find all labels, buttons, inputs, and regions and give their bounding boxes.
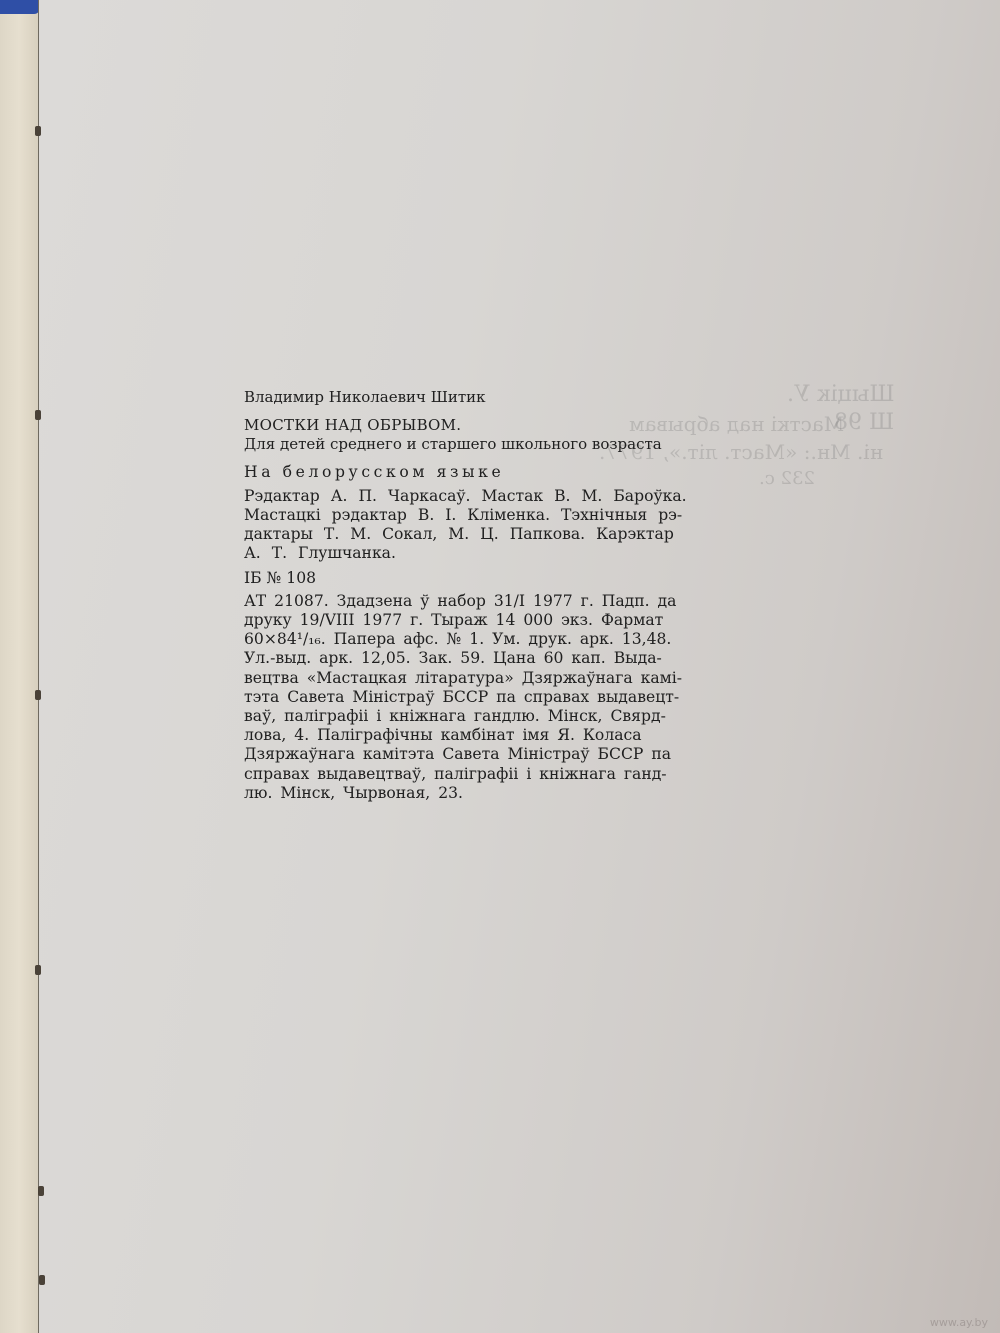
credits-line: А. Т. Глушчанка. [244,544,796,563]
technical-line: лю. Мінск, Чырвоная, 23. [244,784,796,803]
binding-stitch [35,126,41,136]
binding-stitch [35,410,41,420]
technical-line: 60×84¹/₁₆. Папера афс. № 1. Ум. друк. ар… [244,630,796,649]
language-note: На белорусском языке [244,463,796,482]
binding-stitch [38,1186,44,1196]
watermark: www.ay.by [930,1316,988,1329]
book-subtitle: Для детей среднего и старшего школьного … [244,435,796,454]
binding-stitch [39,1275,45,1285]
credits-line: Мастацкі рэдактар В. І. Кліменка. Тэхніч… [244,506,796,525]
technical-details: АТ 21087. Здадзена ў набор 31/І 1977 г. … [244,592,796,803]
author-name: Владимир Николаевич Шитик [244,388,796,407]
binding-stitch [35,965,41,975]
credits-line: дактары Т. М. Сокал, М. Ц. Папкова. Карэ… [244,525,796,544]
imprint-block: Владимир Николаевич Шитик МОСТКИ НАД ОБР… [244,388,796,803]
technical-line: лова, 4. Паліграфічны камбінат імя Я. Ко… [244,726,796,745]
binding-stitch [35,690,41,700]
technical-line: АТ 21087. Здадзена ў набор 31/І 1977 г. … [244,592,796,611]
credits: Рэдактар А. П. Чаркасаў. Мастак В. М. Ба… [244,487,796,564]
credits-line: Рэдактар А. П. Чаркасаў. Мастак В. М. Ба… [244,487,796,506]
technical-line: друку 19/VIII 1977 г. Тыраж 14 000 экз. … [244,611,796,630]
ib-number: ІБ № 108 [244,569,796,588]
book-cover-corner [0,0,40,14]
showthrough-text: Шыцік У. [787,382,894,407]
technical-line: вецтва «Мастацкая літаратура» Дзяржаўнаг… [244,669,796,688]
technical-line: Ул.-выд. арк. 12,05. Зак. 59. Цана 60 ка… [244,649,796,668]
technical-line: ваў, паліграфіі і кніжнага гандлю. Мінск… [244,707,796,726]
book-title: МОСТКИ НАД ОБРЫВОМ. [244,416,796,435]
adjacent-page-edge [0,0,38,1333]
technical-line: справах выдавецтваў, паліграфіі і кніжна… [244,765,796,784]
technical-line: Дзяржаўнага камітэта Савета Міністраў БС… [244,745,796,764]
technical-line: тэта Савета Міністраў БССР па справах вы… [244,688,796,707]
